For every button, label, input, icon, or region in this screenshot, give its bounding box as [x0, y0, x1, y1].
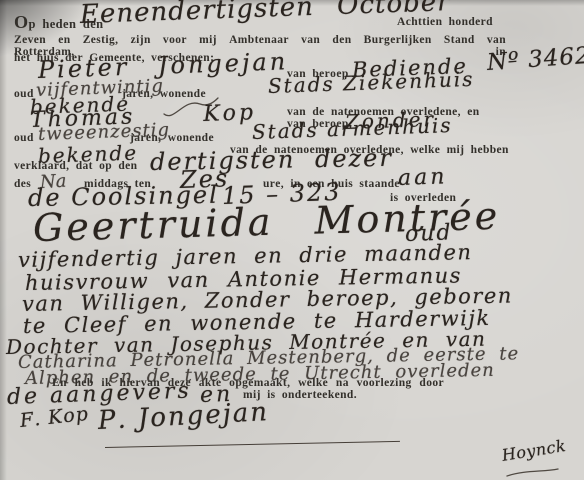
printed-declaration-clause: verklaard, dat op den — [14, 160, 137, 172]
handwritten-declarant2-residence: Stads armenhuis — [252, 113, 453, 144]
death-certificate-scan: Op heden den Eenendertigsten October Ach… — [0, 0, 584, 480]
printed-residence-label-2: jaren, wonende — [130, 132, 214, 144]
printed-age-label-2: oud — [14, 132, 34, 144]
printed-opening-line1b: Achttien honderd — [397, 16, 493, 28]
signature-registrar: Hoynck — [501, 436, 568, 465]
handwritten-address-connector: aan — [398, 164, 448, 191]
handwritten-act-date: Eenendertigsten October — [79, 0, 451, 30]
signature-underline-flourish — [105, 441, 400, 448]
registrar-signature-flourish — [505, 468, 560, 478]
